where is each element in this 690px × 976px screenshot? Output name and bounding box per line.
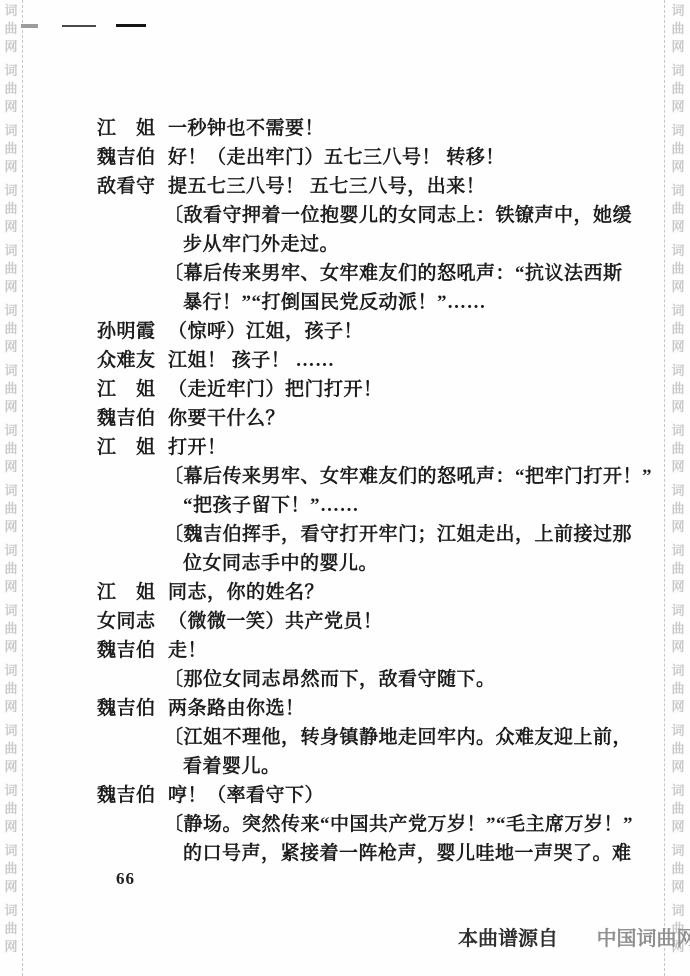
watermark-char: 网 bbox=[2, 938, 20, 956]
watermark-char: 词 bbox=[669, 2, 687, 20]
watermark-char: 词 bbox=[2, 482, 20, 500]
watermark-char: 词 bbox=[2, 722, 20, 740]
dialogue-text: 哼！（率看守下） bbox=[168, 785, 324, 806]
watermark-char: 曲 bbox=[669, 800, 687, 818]
stage-direction-line: 位女同志手中的婴儿。 bbox=[164, 549, 649, 578]
watermark-char: 网 bbox=[669, 338, 687, 356]
watermark-char: 词 bbox=[669, 62, 687, 80]
stage-direction: 〔江姐不理他，转身镇静地走回牢内。众难友迎上前，看着婴儿。 bbox=[164, 723, 649, 781]
watermark-column-left: 词曲网词曲网词曲网词曲网词曲网词曲网词曲网词曲网词曲网词曲网词曲网词曲网词曲网词… bbox=[2, 2, 20, 976]
watermark-char: 网 bbox=[2, 38, 20, 56]
stage-direction-line: “把孩子留下！”…… bbox=[164, 491, 649, 520]
watermark-char: 曲 bbox=[669, 380, 687, 398]
dialogue-text: 走！ bbox=[168, 640, 207, 661]
watermark-char: 曲 bbox=[669, 260, 687, 278]
watermark-char: 网 bbox=[669, 758, 687, 776]
watermark-char: 词 bbox=[2, 362, 20, 380]
speaker-name: 江 姐 bbox=[97, 114, 155, 143]
watermark-char: 曲 bbox=[669, 620, 687, 638]
watermark-char: 词 bbox=[2, 62, 20, 80]
watermark-char: 词 bbox=[669, 362, 687, 380]
script-line: 江 姐（走近牢门）把门打开！ bbox=[97, 375, 649, 404]
stage-direction: 〔幕后传来男牢、女牢难友们的怒吼声：“抗议法西斯暴行！”“打倒国民党反动派！”…… bbox=[164, 259, 649, 317]
stage-direction-line: 步从牢门外走过。 bbox=[164, 230, 649, 259]
watermark-char: 网 bbox=[669, 818, 687, 836]
left-dashed-rule bbox=[22, 0, 23, 976]
watermark-char: 网 bbox=[669, 878, 687, 896]
stage-direction: 〔幕后传来男牢、女牢难友们的怒吼声：“把牢门打开！”“把孩子留下！”…… bbox=[164, 462, 649, 520]
watermark-char: 网 bbox=[669, 578, 687, 596]
script-line: 敌看守提五七三八号！ 五七三八号，出来！ bbox=[97, 172, 649, 201]
page-number: 66 bbox=[116, 869, 135, 889]
speaker-name: 江 姐 bbox=[97, 433, 155, 462]
stage-direction-line: 〔静场。突然传来“中国共产党万岁！”“毛主席万岁！” bbox=[164, 810, 649, 839]
watermark-char: 网 bbox=[2, 818, 20, 836]
watermark-char: 词 bbox=[2, 602, 20, 620]
watermark-char: 网 bbox=[669, 398, 687, 416]
dialogue-text: 提五七三八号！ 五七三八号，出来！ bbox=[168, 176, 485, 197]
script-line: 江 姐一秒钟也不需要！ bbox=[97, 114, 649, 143]
watermark-char: 词 bbox=[2, 422, 20, 440]
dialogue-text: 两条路由你选！ bbox=[168, 698, 305, 719]
speaker-name: 魏吉伯 bbox=[97, 143, 155, 172]
script-line: 孙明霞（惊呼）江姐，孩子！ bbox=[97, 317, 649, 346]
watermark-char: 网 bbox=[669, 158, 687, 176]
watermark-char: 曲 bbox=[2, 920, 20, 938]
watermark-char: 词 bbox=[2, 182, 20, 200]
script-line: 江 姐同志，你的姓名？ bbox=[97, 578, 649, 607]
watermark-char: 曲 bbox=[669, 860, 687, 878]
stage-direction: 〔那位女同志昂然而下，敌看守随下。 bbox=[164, 665, 649, 694]
watermark-char: 词 bbox=[2, 782, 20, 800]
watermark-char: 网 bbox=[2, 338, 20, 356]
script-line: 众难友江姐！ 孩子！ …… bbox=[97, 346, 649, 375]
stage-direction: 〔敌看守押着一位抱婴儿的女同志上：铁镣声中，她缓步从牢门外走过。 bbox=[164, 201, 649, 259]
watermark-char: 词 bbox=[669, 122, 687, 140]
stage-direction-line: 〔幕后传来男牢、女牢难友们的怒吼声：“把牢门打开！” bbox=[164, 462, 649, 491]
stage-direction-line: 〔那位女同志昂然而下，敌看守随下。 bbox=[164, 665, 649, 694]
watermark-char: 曲 bbox=[669, 20, 687, 38]
watermark-char: 网 bbox=[669, 698, 687, 716]
dialogue-text: 同志，你的姓名？ bbox=[168, 582, 324, 603]
stage-direction: 〔魏吉伯挥手，看守打开牢门；江姐走出，上前接过那位女同志手中的婴儿。 bbox=[164, 520, 649, 578]
stage-direction-line: 暴行！”“打倒国民党反动派！”…… bbox=[164, 288, 649, 317]
script-line: 江 姐打开！ bbox=[97, 433, 649, 462]
script-line: 魏吉伯你要干什么？ bbox=[97, 404, 649, 433]
dialogue-text: （走近牢门）把门打开！ bbox=[168, 379, 383, 400]
binding-mark bbox=[62, 25, 96, 27]
watermark-column-right: 词曲网词曲网词曲网词曲网词曲网词曲网词曲网词曲网词曲网词曲网词曲网词曲网词曲网词… bbox=[669, 2, 687, 976]
watermark-char: 网 bbox=[669, 278, 687, 296]
watermark-char: 网 bbox=[669, 638, 687, 656]
watermark-char: 曲 bbox=[2, 500, 20, 518]
watermark-char: 网 bbox=[2, 278, 20, 296]
dialogue-text: （微微一笑）共产党员！ bbox=[168, 611, 383, 632]
stage-direction-line: 〔幕后传来男牢、女牢难友们的怒吼声：“抗议法西斯 bbox=[164, 259, 649, 288]
watermark-char: 曲 bbox=[2, 200, 20, 218]
watermark-char: 网 bbox=[2, 878, 20, 896]
watermark-char: 词 bbox=[669, 182, 687, 200]
watermark-char: 词 bbox=[2, 122, 20, 140]
speaker-name: 女同志 bbox=[97, 607, 155, 636]
watermark-char: 曲 bbox=[2, 560, 20, 578]
watermark-char: 网 bbox=[669, 218, 687, 236]
watermark-char: 词 bbox=[2, 842, 20, 860]
footer-site-name: 中国词曲网 bbox=[597, 928, 690, 950]
watermark-char: 词 bbox=[669, 662, 687, 680]
watermark-char: 曲 bbox=[2, 440, 20, 458]
dialogue-text: （惊呼）江姐，孩子！ bbox=[168, 321, 363, 342]
watermark-char: 曲 bbox=[2, 320, 20, 338]
watermark-char: 词 bbox=[669, 722, 687, 740]
watermark-char: 曲 bbox=[669, 680, 687, 698]
watermark-char: 词 bbox=[669, 602, 687, 620]
watermark-char: 网 bbox=[2, 398, 20, 416]
speaker-name: 魏吉伯 bbox=[97, 404, 155, 433]
watermark-char: 网 bbox=[2, 158, 20, 176]
stage-direction: 〔静场。突然传来“中国共产党万岁！”“毛主席万岁！”的口号声，紧接着一阵枪声，婴… bbox=[164, 810, 649, 868]
stage-direction-line: 的口号声，紧接着一阵枪声，婴儿哇地一声哭了。难 bbox=[164, 839, 649, 868]
stage-direction-line: 〔江姐不理他，转身镇静地走回牢内。众难友迎上前， bbox=[164, 723, 649, 752]
dialogue-text: 你要干什么？ bbox=[168, 408, 285, 429]
watermark-char: 词 bbox=[669, 782, 687, 800]
right-dashed-rule bbox=[664, 0, 665, 976]
watermark-char: 曲 bbox=[669, 440, 687, 458]
script-line: 魏吉伯好！（走出牢门）五七三八号！ 转移！ bbox=[97, 143, 649, 172]
watermark-char: 曲 bbox=[2, 680, 20, 698]
binding-mark bbox=[21, 24, 38, 28]
watermark-char: 网 bbox=[2, 578, 20, 596]
script-line: 女同志（微微一笑）共产党员！ bbox=[97, 607, 649, 636]
watermark-char: 曲 bbox=[669, 740, 687, 758]
watermark-char: 网 bbox=[2, 98, 20, 116]
watermark-char: 网 bbox=[2, 218, 20, 236]
footer-source-label: 本曲谱源自 bbox=[458, 928, 558, 950]
watermark-char: 曲 bbox=[2, 20, 20, 38]
stage-direction-line: 看着婴儿。 bbox=[164, 752, 649, 781]
watermark-char: 网 bbox=[2, 518, 20, 536]
watermark-char: 曲 bbox=[2, 620, 20, 638]
watermark-char: 词 bbox=[2, 542, 20, 560]
watermark-char: 词 bbox=[2, 242, 20, 260]
stage-direction-line: 〔敌看守押着一位抱婴儿的女同志上：铁镣声中，她缓 bbox=[164, 201, 649, 230]
speaker-name: 孙明霞 bbox=[97, 317, 155, 346]
watermark-char: 曲 bbox=[2, 860, 20, 878]
footer-credit: 本曲谱源自 中国词曲网 bbox=[458, 922, 690, 951]
watermark-char: 词 bbox=[2, 302, 20, 320]
speaker-name: 敌看守 bbox=[97, 172, 155, 201]
watermark-char: 网 bbox=[669, 38, 687, 56]
watermark-char: 曲 bbox=[669, 320, 687, 338]
watermark-char: 曲 bbox=[2, 800, 20, 818]
dialogue-text: 江姐！ 孩子！ …… bbox=[168, 350, 335, 371]
script-line: 魏吉伯走！ bbox=[97, 636, 649, 665]
speaker-name: 魏吉伯 bbox=[97, 781, 155, 810]
watermark-char: 曲 bbox=[2, 260, 20, 278]
watermark-char: 词 bbox=[2, 662, 20, 680]
dialogue-text: 打开！ bbox=[168, 437, 227, 458]
watermark-char: 词 bbox=[669, 422, 687, 440]
speaker-name: 众难友 bbox=[97, 346, 155, 375]
watermark-char: 网 bbox=[2, 638, 20, 656]
dialogue-text: 一秒钟也不需要！ bbox=[168, 118, 324, 139]
watermark-char: 词 bbox=[669, 242, 687, 260]
speaker-name: 江 姐 bbox=[97, 578, 155, 607]
watermark-char: 曲 bbox=[669, 560, 687, 578]
watermark-char: 网 bbox=[669, 98, 687, 116]
watermark-char: 词 bbox=[2, 902, 20, 920]
speaker-name: 江 姐 bbox=[97, 375, 155, 404]
script-line: 魏吉伯哼！（率看守下） bbox=[97, 781, 649, 810]
watermark-char: 网 bbox=[2, 458, 20, 476]
dialogue-text: 好！（走出牢门）五七三八号！ 转移！ bbox=[168, 147, 505, 168]
watermark-char: 曲 bbox=[2, 140, 20, 158]
watermark-char: 网 bbox=[2, 758, 20, 776]
watermark-char: 曲 bbox=[2, 80, 20, 98]
watermark-char: 词 bbox=[669, 542, 687, 560]
watermark-char: 网 bbox=[2, 698, 20, 716]
watermark-char: 词 bbox=[669, 902, 687, 920]
watermark-char: 网 bbox=[669, 518, 687, 536]
speaker-name: 魏吉伯 bbox=[97, 694, 155, 723]
watermark-char: 曲 bbox=[2, 380, 20, 398]
watermark-char: 词 bbox=[669, 302, 687, 320]
watermark-char: 词 bbox=[669, 482, 687, 500]
watermark-char: 词 bbox=[669, 842, 687, 860]
watermark-char: 曲 bbox=[669, 200, 687, 218]
stage-direction-line: 〔魏吉伯挥手，看守打开牢门；江姐走出，上前接过那 bbox=[164, 520, 649, 549]
watermark-char: 曲 bbox=[2, 740, 20, 758]
watermark-char: 曲 bbox=[669, 80, 687, 98]
watermark-char: 词 bbox=[2, 2, 20, 20]
speaker-name: 魏吉伯 bbox=[97, 636, 155, 665]
watermark-char: 网 bbox=[669, 458, 687, 476]
watermark-char: 曲 bbox=[669, 140, 687, 158]
script-body: 江 姐一秒钟也不需要！魏吉伯好！（走出牢门）五七三八号！ 转移！敌看守提五七三八… bbox=[97, 114, 649, 868]
scanned-script-page: 词曲网词曲网词曲网词曲网词曲网词曲网词曲网词曲网词曲网词曲网词曲网词曲网词曲网词… bbox=[0, 0, 690, 976]
binding-mark bbox=[116, 24, 146, 27]
watermark-char: 曲 bbox=[669, 500, 687, 518]
script-line: 魏吉伯两条路由你选！ bbox=[97, 694, 649, 723]
